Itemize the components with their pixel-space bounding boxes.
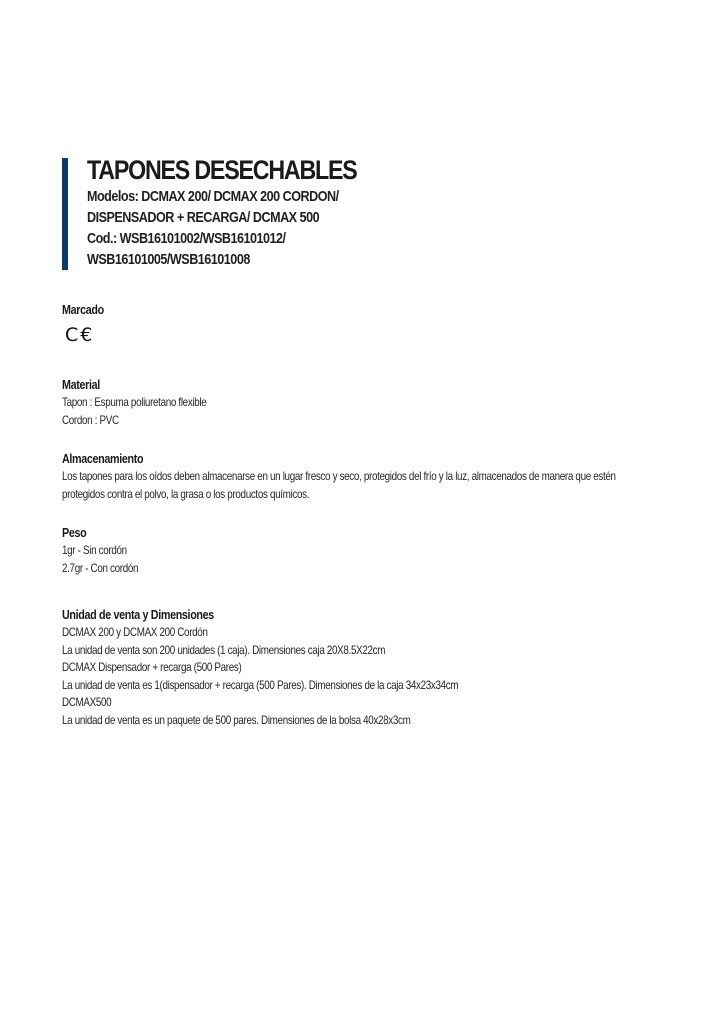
unidad-line: La unidad de venta es 1(dispensador + re… (62, 677, 587, 695)
unidad-line: DCMAX500 (62, 694, 587, 712)
page-title: TAPONES DESECHABLES (87, 156, 357, 184)
section-heading-peso: Peso (62, 525, 612, 542)
section-heading-material: Material (62, 377, 612, 394)
material-line: Cordon : PVC (62, 412, 587, 430)
section-unidad-venta: Unidad de venta y Dimensiones DCMAX 200 … (62, 607, 702, 729)
peso-line: 2.7gr - Con cordón (62, 560, 587, 578)
almacenamiento-line: Los tapones para los oídos deben almacen… (62, 468, 587, 486)
title-block: TAPONES DESECHABLES Modelos: DCMAX 200/ … (62, 158, 400, 270)
codes-line-2: WSB16101005/WSB16101008 (87, 249, 350, 270)
section-peso: Peso 1gr - Sin cordón 2.7gr - Con cordón (62, 525, 702, 577)
material-line: Tapon : Espuma poliuretano flexible (62, 394, 587, 412)
section-heading-almacenamiento: Almacenamiento (62, 451, 612, 468)
unidad-line: DCMAX 200 y DCMAX 200 Cordón (62, 624, 587, 642)
ce-mark-icon: C€ (62, 324, 702, 346)
section-almacenamiento: Almacenamiento Los tapones para los oído… (62, 451, 702, 503)
unidad-line: DCMAX Dispensador + recarga (500 Pares) (62, 659, 587, 677)
models-line-1: Modelos: DCMAX 200/ DCMAX 200 CORDON/ (87, 186, 350, 207)
section-heading-marcado: Marcado (62, 302, 612, 319)
unidad-line: La unidad de venta es un paquete de 500 … (62, 712, 587, 730)
section-material: Material Tapon : Espuma poliuretano flex… (62, 377, 702, 429)
unidad-line: La unidad de venta son 200 unidades (1 c… (62, 642, 587, 660)
codes-line-1: Cod.: WSB16101002/WSB16101012/ (87, 228, 350, 249)
section-heading-unidad-venta: Unidad de venta y Dimensiones (62, 607, 612, 624)
section-marcado: Marcado C€ (62, 302, 702, 346)
almacenamiento-line: protegidos contra el polvo, la grasa o l… (62, 486, 587, 504)
models-line-2: DISPENSADOR + RECARGA/ DCMAX 500 (87, 207, 350, 228)
peso-line: 1gr - Sin cordón (62, 542, 587, 560)
